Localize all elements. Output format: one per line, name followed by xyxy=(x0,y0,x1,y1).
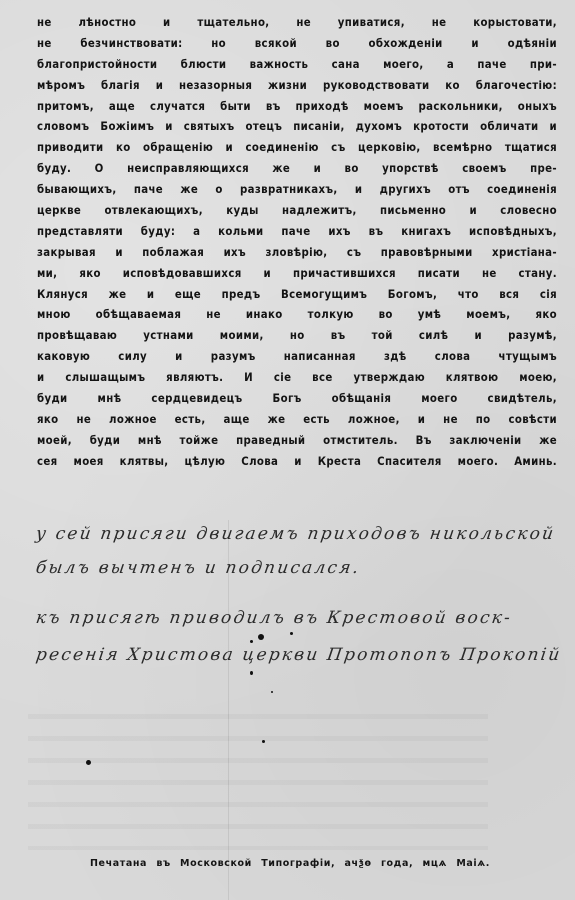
ink-blot xyxy=(262,740,265,743)
printed-oath-text: не лѣностно и тщательно, не упиватися, н… xyxy=(37,14,557,474)
printed-line: церкве отвлекающихъ, куды надлежитъ, пис… xyxy=(37,201,557,224)
ink-blot xyxy=(271,691,273,693)
ink-blot xyxy=(250,640,253,643)
handwritten-signature-line: къ присягѣ приводилъ въ Крестовой воск- xyxy=(35,608,568,628)
printed-line: мѣромъ благія и незазорныя жизни руковод… xyxy=(37,75,557,98)
printed-line: не безчинствовати: но всякой во обхожден… xyxy=(37,34,557,57)
bleed-through-text xyxy=(28,700,488,850)
printed-line: не лѣностно и тщательно, не упиватися, н… xyxy=(37,13,557,36)
printed-line: представляти буду: а кольми паче ихъ въ … xyxy=(37,222,557,245)
printer-imprint: Печатана въ Московской Типографіи, ачѯѳ … xyxy=(90,858,490,869)
ink-blot xyxy=(86,760,91,765)
printed-line: ми, яко исповѣдовавшихся и причастившихс… xyxy=(37,263,557,286)
handwritten-note-line: былъ вычтенъ и подписался. xyxy=(35,558,568,578)
printed-line: буди мнѣ сердцевидецъ Богъ обѣщанія моег… xyxy=(37,389,557,412)
printed-line: яко не ложное есть, аще же есть ложное, … xyxy=(37,410,557,433)
printed-line: сея моея клятвы, цѣлую Слова и Креста Сп… xyxy=(37,451,557,474)
ink-blot xyxy=(290,632,293,635)
ink-blot xyxy=(250,671,253,675)
printed-line: благопристойности блюсти важность сана м… xyxy=(37,55,557,78)
scanned-page: не лѣностно и тщательно, не упиватися, н… xyxy=(0,0,575,900)
ink-blot xyxy=(258,634,264,640)
printed-line: моей, буди мнѣ тойже праведный отмстител… xyxy=(37,431,557,454)
handwritten-note-line: у сей присяги двигаемъ приходовъ никольс… xyxy=(35,524,568,544)
printed-line: закрывая и поблажая ихъ зловѣрію, съ пра… xyxy=(37,243,557,266)
handwritten-signature-line: ресенія Христова церкви Протопопъ Прокоп… xyxy=(35,645,568,665)
